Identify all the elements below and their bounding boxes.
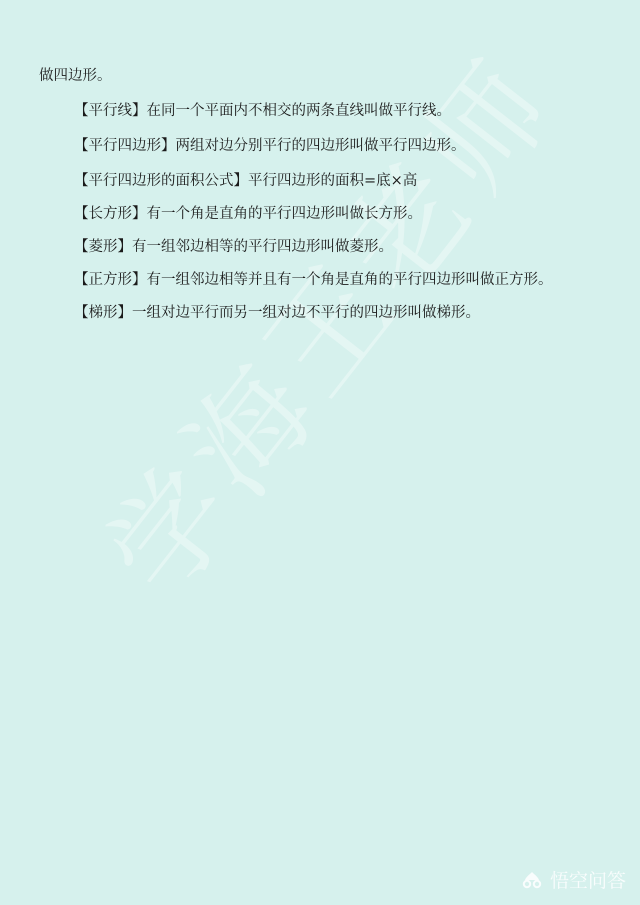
wukong-icon xyxy=(519,870,545,890)
definition-rhombus: 【菱形】有一组邻边相等的平行四边形叫做菱形。 xyxy=(74,238,393,256)
definition-term: 【平行四边形的面积公式】 xyxy=(74,173,248,189)
definition-term: 【平行线】 xyxy=(74,103,147,119)
definition-term: 【正方形】 xyxy=(74,272,147,288)
continuation-text: 做四边形。 xyxy=(39,67,112,85)
document-page: 学海王老师 做四边形。 【平行线】在同一个平面内不相交的两条直线叫做平行线。 【… xyxy=(0,0,640,905)
definition-text: 有一个角是直角的平行四边形叫做长方形。 xyxy=(147,206,423,222)
definition-term: 【梯形】 xyxy=(74,305,132,321)
definition-text: 两组对边分别平行的四边形叫做平行四边形。 xyxy=(176,138,466,154)
definition-term: 【长方形】 xyxy=(74,206,147,222)
definition-text: 一组对边平行而另一组对边不平行的四边形叫做梯形。 xyxy=(132,305,480,321)
wukong-logo: 悟空问答 xyxy=(519,866,626,893)
definition-term: 【菱形】 xyxy=(74,239,132,255)
definition-trapezoid: 【梯形】一组对边平行而另一组对边不平行的四边形叫做梯形。 xyxy=(74,304,480,322)
logo-label: 悟空问答 xyxy=(550,866,626,893)
definition-rectangle: 【长方形】有一个角是直角的平行四边形叫做长方形。 xyxy=(74,205,422,223)
definition-text: 在同一个平面内不相交的两条直线叫做平行线。 xyxy=(147,103,452,119)
definition-term: 【平行四边形】 xyxy=(74,138,176,154)
definition-text: 有一组邻边相等的平行四边形叫做菱形。 xyxy=(132,239,393,255)
definition-text: 有一组邻边相等并且有一个角是直角的平行四边形叫做正方形。 xyxy=(147,272,553,288)
definition-text: 平行四边形的面积=底×高 xyxy=(248,173,417,189)
definition-parallelogram-area: 【平行四边形的面积公式】平行四边形的面积=底×高 xyxy=(74,172,417,190)
definition-square: 【正方形】有一组邻边相等并且有一个角是直角的平行四边形叫做正方形。 xyxy=(74,271,553,289)
definition-parallel-lines: 【平行线】在同一个平面内不相交的两条直线叫做平行线。 xyxy=(74,102,451,120)
definition-parallelogram: 【平行四边形】两组对边分别平行的四边形叫做平行四边形。 xyxy=(74,137,466,155)
